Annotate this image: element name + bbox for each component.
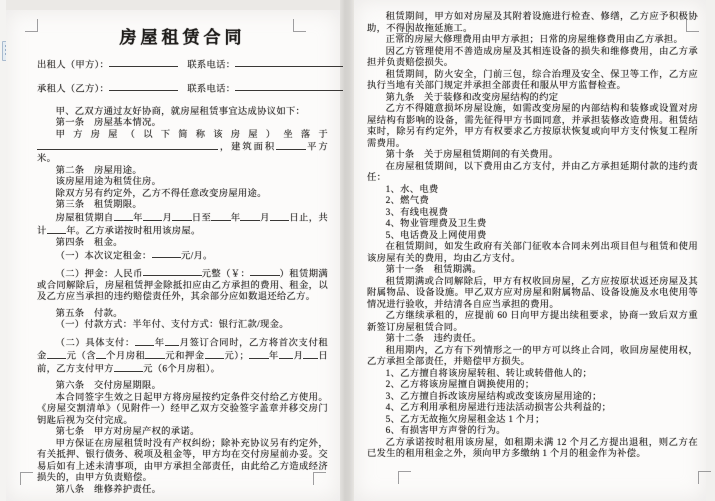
list-item: 1、水、电费 bbox=[367, 185, 698, 197]
clause-heading: 第五条 付款。 bbox=[37, 309, 328, 321]
paragraph: 在租赁期间，如发生政府有关部门征收本合同未列出项目但与租赁和使用该房屋有关的费用… bbox=[367, 242, 698, 265]
paragraph: 租赁期间，防火安全，门前三包，综合治理及安全、保卫等工作，乙方应执行当地有关部门… bbox=[367, 70, 698, 93]
fill-in-blank[interactable] bbox=[240, 212, 260, 221]
list-item: 4、物业管理费及卫生费 bbox=[367, 219, 698, 231]
page-gutter bbox=[340, 0, 354, 501]
fill-in-blank[interactable] bbox=[249, 350, 269, 359]
clause-heading: 第九条 关于装修和改变房屋结构的约定 bbox=[367, 93, 698, 105]
party-line: 出租人（甲方）： 联系电话： bbox=[37, 59, 328, 72]
clause-heading: 第三条 租赁期限。 bbox=[37, 200, 328, 212]
list-item: 2、燃气费 bbox=[367, 196, 698, 208]
crop-mark bbox=[313, 472, 326, 485]
fill-in-blank[interactable] bbox=[114, 363, 143, 372]
fill-in-blank[interactable] bbox=[47, 225, 67, 234]
paragraph: （二）具体支付：年月签订合同时，乙方将首次支付租金元（含个月房租元和押金元）；年… bbox=[37, 337, 328, 376]
clause-heading: 第十一条 租赁期满。 bbox=[367, 265, 698, 277]
paragraph: （二）押金：人民币元整（￥：）租赁期满或合同解除后，房屋租赁押金除抵扣应由乙方承… bbox=[37, 268, 328, 304]
paragraph: 租赁期满或合同解除后，甲方有权收回房屋，乙方应按原状返还房屋及其附属物品、设备设… bbox=[367, 277, 698, 312]
clause-heading: 第一条 房屋基本情况。 bbox=[37, 118, 328, 130]
fill-in-blank[interactable] bbox=[143, 212, 163, 221]
fill-in-blank[interactable] bbox=[47, 350, 67, 359]
paragraph: 在房屋租赁期间，以下费用由乙方支付，并由乙方承担延期付款的违约责任： bbox=[367, 162, 698, 185]
party-line: 承租人（乙方）： 联系电话： bbox=[37, 83, 328, 96]
fill-in-blank[interactable] bbox=[165, 337, 180, 346]
crop-mark bbox=[396, 21, 409, 34]
fill-in-blank[interactable] bbox=[270, 212, 290, 221]
paragraph: 乙方承诺按时租用该房屋，如租期未满 12 个月乙方提出退租，则乙方在已发生的租用… bbox=[367, 438, 698, 461]
fill-in-blank[interactable] bbox=[109, 83, 178, 92]
paragraph: 甲方保证在房屋租赁时没有产权纠纷；除补充协议另有约定外，有关抵押、银行债务、税项… bbox=[37, 439, 328, 485]
paragraph: 乙方继续承租的，应提前 60 日向甲方提出续租要求，协商一致后双方重新签订房屋租… bbox=[367, 311, 698, 334]
fill-in-blank[interactable] bbox=[145, 350, 165, 359]
page-2-content: 租赁期间，甲方如对房屋及其附着设施进行检查、修缮，乙方应予积极协助，不得因故拖延… bbox=[354, 0, 706, 461]
fill-in-blank[interactable] bbox=[235, 83, 343, 92]
fill-in-blank[interactable] bbox=[303, 350, 318, 359]
paragraph: 因乙方管理使用不善造成房屋及其相连设备的损失和维修费用，由乙方承担并负责赔偿损失… bbox=[367, 47, 698, 70]
clause-heading: 第四条 租金。 bbox=[37, 238, 328, 250]
paragraph: 乙方不得随意损坏房屋设施，如需改变房屋的内部结构和装修或设置对房屋结构有影响的设… bbox=[367, 104, 698, 150]
list-item: 5、乙方无故拖欠房屋租金达 1 个月； bbox=[367, 415, 698, 427]
clause-heading: 第十条 关于房屋租赁期间的有关费用。 bbox=[367, 150, 698, 162]
fill-in-blank[interactable] bbox=[250, 268, 279, 277]
fill-in-blank[interactable] bbox=[276, 141, 305, 150]
list-item: 5、电话费及上网使用费 bbox=[367, 231, 698, 243]
crop-mark bbox=[686, 19, 699, 32]
clause-heading: 第十二条 违约责任。 bbox=[367, 334, 698, 346]
fill-in-blank[interactable] bbox=[96, 350, 106, 359]
fill-in-blank[interactable] bbox=[143, 268, 202, 277]
crop-mark bbox=[25, 19, 38, 32]
background-right-strip bbox=[706, 0, 715, 501]
paragraph: 租赁期间，甲方如对房屋及其附着设施进行检查、修缮，乙方应予积极协助，不得因故拖延… bbox=[367, 12, 698, 35]
paragraph: 本合同签字生效之日起甲方将房屋按约定条件交付给乙方使用。《房屋交割清单》（见附件… bbox=[37, 393, 328, 428]
crop-mark bbox=[293, 19, 306, 32]
paragraph: 该房屋用途为租赁住房。 bbox=[37, 177, 328, 189]
contract-page-1: 房屋租赁合同 出租人（甲方）： 联系电话：承租人（乙方）： 联系电话：甲、乙双方… bbox=[6, 10, 340, 501]
paragraph: 正常的房屋大修理费用由甲方承担；日常的房屋维修费用由乙方承担。 bbox=[367, 35, 698, 47]
clause-heading: 第二条 房屋用途。 bbox=[37, 166, 328, 178]
list-item: 3、乙方擅自拆改该房屋结构或改变该房屋用途的； bbox=[367, 392, 698, 404]
paragraph: 房屋租赁期自年月日至年月日止，共计年。乙方承诺按时租用该房屋。 bbox=[37, 212, 328, 238]
fill-in-blank[interactable] bbox=[37, 141, 218, 150]
paragraph: 甲、乙双方通过友好协商，就房屋租赁事宜达成协议如下： bbox=[37, 107, 328, 119]
fill-in-blank[interactable] bbox=[235, 59, 343, 68]
crop-mark bbox=[20, 472, 33, 485]
list-item: 3、有线电视费 bbox=[367, 208, 698, 220]
list-item: 6、有损害甲方声誉的行为。 bbox=[367, 426, 698, 438]
document-title: 房屋租赁合同 bbox=[37, 32, 328, 44]
fill-in-blank[interactable] bbox=[205, 350, 225, 359]
clause-heading: 第七条 甲方对房屋产权的承诺。 bbox=[37, 427, 328, 439]
crop-mark bbox=[698, 471, 711, 484]
fill-in-blank[interactable] bbox=[152, 250, 181, 259]
clause-heading: 第八条 维修养护责任。 bbox=[37, 485, 328, 497]
page-1-content: 房屋租赁合同 出租人（甲方）： 联系电话：承租人（乙方）： 联系电话：甲、乙双方… bbox=[6, 32, 340, 496]
paragraph: 甲方房屋（以下简称该房屋）坐落于，建筑面积平方米。 bbox=[37, 130, 328, 166]
paragraph: （一）本次议定租金：元/月。 bbox=[37, 250, 328, 263]
fill-in-blank[interactable] bbox=[172, 212, 192, 221]
clause-heading: 第六条 交付房屋期限。 bbox=[37, 381, 328, 393]
crop-mark bbox=[398, 471, 411, 484]
contract-page-2: 租赁期间，甲方如对房屋及其附着设施进行检查、修缮，乙方应予积极协助，不得因故拖延… bbox=[354, 0, 706, 501]
list-item: 4、乙方利用承租房屋进行违法活动损害公共利益的； bbox=[367, 403, 698, 415]
paragraph: 除双方另有约定外，乙方不得任意改变房屋用途。 bbox=[37, 189, 328, 201]
paragraph: 租用期内，乙方有下列情形之一的甲方可以终止合同，收回房屋使用权，乙方承担全部责任… bbox=[367, 346, 698, 369]
fill-in-blank[interactable] bbox=[211, 212, 231, 221]
paragraph: （一）付款方式：半年付、支付方式：银行汇款/现金。 bbox=[37, 320, 328, 332]
fill-in-blank[interactable] bbox=[279, 350, 294, 359]
fill-in-blank[interactable] bbox=[135, 337, 155, 346]
fill-in-blank[interactable] bbox=[114, 212, 134, 221]
list-item: 2、乙方将该房屋擅自调换使用的； bbox=[367, 380, 698, 392]
list-item: 1、乙方擅自将该房屋转租、转让或转借他人的； bbox=[367, 369, 698, 381]
fill-in-blank[interactable] bbox=[109, 59, 178, 68]
